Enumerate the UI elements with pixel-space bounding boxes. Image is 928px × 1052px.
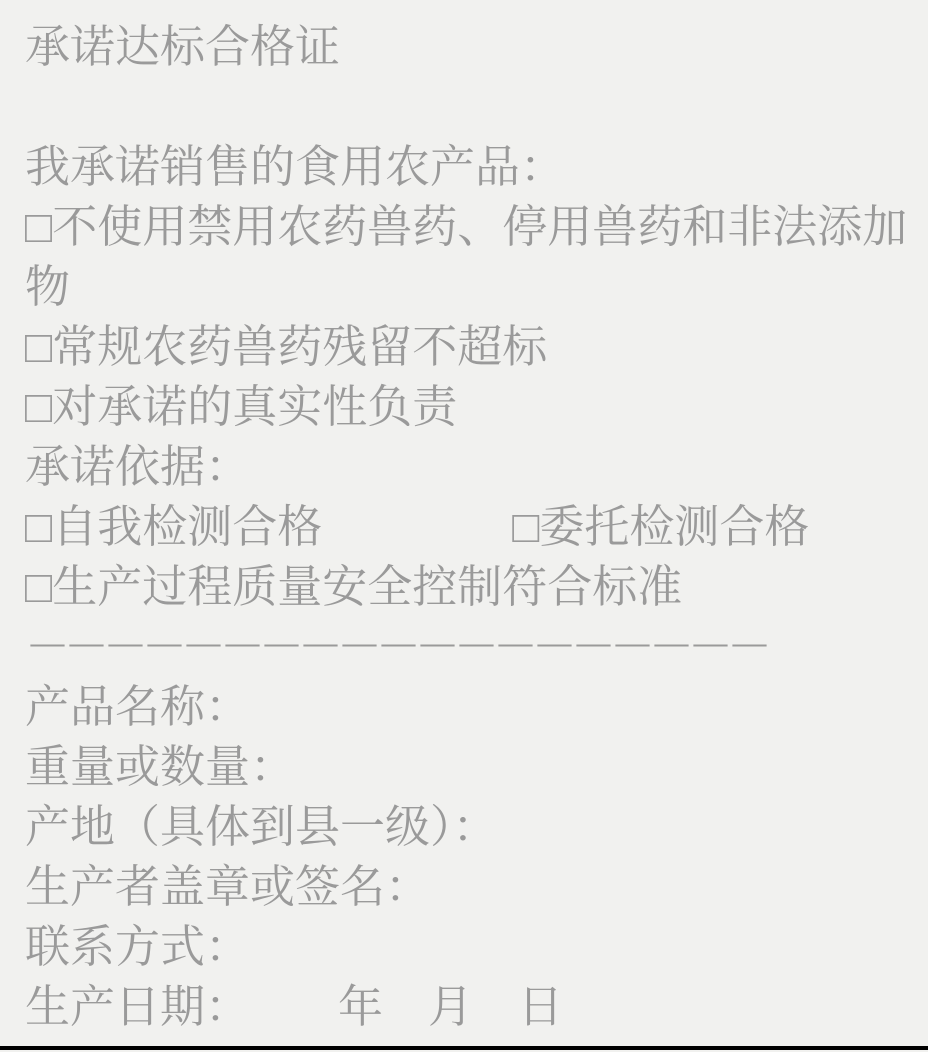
checkbox-icon[interactable]: □ — [25, 201, 52, 252]
basis-option-label: 自我检测合格 — [52, 501, 322, 552]
basis-option-label: 委托检测合格 — [539, 501, 809, 552]
checkbox-icon[interactable]: □ — [25, 321, 52, 372]
field-label: 联系方式： — [25, 921, 250, 972]
basis-process-item: □生产过程质量安全控制符合标准 — [25, 557, 916, 617]
field-row: 联系方式： — [25, 917, 916, 977]
field-label: 生产者盖章或签名： — [25, 861, 430, 912]
option-spacer — [322, 541, 512, 542]
commitment-label: 不使用禁用农药兽药、停用兽药和非法添加物 — [25, 201, 907, 312]
checkbox-icon[interactable]: □ — [25, 381, 52, 432]
basis-process-label: 生产过程质量安全控制符合标准 — [52, 561, 682, 612]
commitment-label: 对承诺的真实性负责 — [52, 381, 457, 432]
basis-heading: 承诺依据： — [25, 437, 916, 497]
checkbox-icon[interactable]: □ — [512, 501, 539, 552]
certificate-page: 承诺达标合格证 我承诺销售的食用农产品： □不使用禁用农药兽药、停用兽药和非法添… — [0, 0, 928, 1052]
field-row: 重量或数量： — [25, 737, 916, 797]
production-date-value: 年 月 日 — [338, 981, 563, 1032]
field-label: 重量或数量： — [25, 741, 295, 792]
commitment-item: □常规农药兽药残留不超标 — [25, 317, 916, 377]
commitment-label: 常规农药兽药残留不超标 — [52, 321, 547, 372]
checkbox-icon[interactable]: □ — [25, 501, 52, 552]
basis-options-row: □自我检测合格□委托检测合格 — [25, 497, 916, 557]
certificate-title: 承诺达标合格证 — [25, 17, 916, 77]
dashed-divider: －－－－－－－－－－－－－－－－－－－ — [25, 617, 916, 677]
intro-line: 我承诺销售的食用农产品： — [25, 137, 916, 197]
field-row: 产地（具体到县一级）： — [25, 797, 916, 857]
commitment-item: □对承诺的真实性负责 — [25, 377, 916, 437]
field-row: 产品名称： — [25, 677, 916, 737]
field-label: 产品名称： — [25, 681, 250, 732]
commitment-item: □不使用禁用农药兽药、停用兽药和非法添加物 — [25, 197, 916, 317]
field-row: 生产者盖章或签名： — [25, 857, 916, 917]
field-label: 产地（具体到县一级）： — [25, 801, 498, 852]
field-row: 生产日期：年 月 日 — [25, 977, 916, 1037]
checkbox-icon[interactable]: □ — [25, 561, 52, 612]
blank-line — [25, 77, 916, 137]
field-label: 生产日期： — [25, 981, 250, 1032]
bottom-border-bar — [0, 1046, 928, 1050]
